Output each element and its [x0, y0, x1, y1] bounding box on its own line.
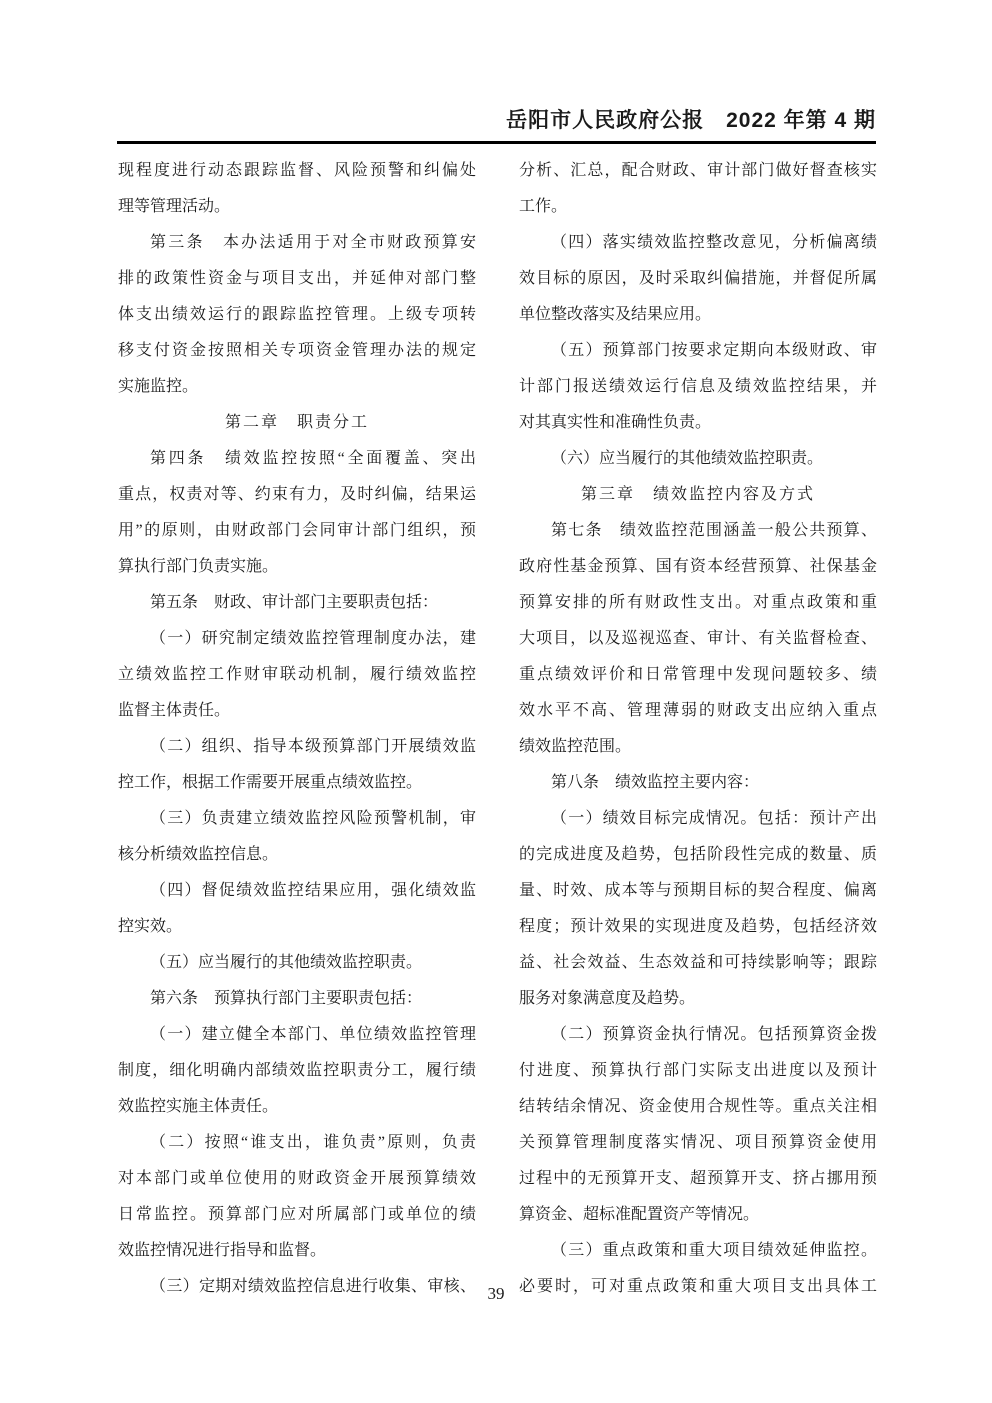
text-line: 量、时效、成本等与预期目标的契合程度、偏离 — [519, 873, 877, 909]
text-line: 第四条 绩效监控按照“全面覆盖、突出 — [118, 441, 476, 477]
text-line: 立绩效监控工作财审联动机制，履行绩效监控 — [118, 657, 476, 693]
text-line: 服务对象满意度及趋势。 — [519, 981, 877, 1017]
text-line: （四）督促绩效监控结果应用，强化绩效监 — [118, 873, 476, 909]
text-line: 效监控情况进行指导和监督。 — [118, 1233, 476, 1269]
text-line: 绩效监控范围。 — [519, 729, 877, 765]
text-line: 重点，权责对等、约束有力，及时纠偏，结果运 — [118, 477, 476, 513]
text-line: 分析、汇总，配合财政、审计部门做好督查核实 — [519, 153, 877, 189]
text-line: 理等管理活动。 — [118, 189, 476, 225]
text-line: 对本部门或单位使用的财政资金开展预算绩效 — [118, 1161, 476, 1197]
text-line: 用”的原则，由财政部门会同审计部门组织，预 — [118, 513, 476, 549]
text-line: （二）预算资金执行情况。包括预算资金拨 — [519, 1017, 877, 1053]
text-line: 移支付资金按照相关专项资金管理办法的规定 — [118, 333, 476, 369]
text-line: 益、社会效益、生态效益和可持续影响等；跟踪 — [519, 945, 877, 981]
text-line: （一）建立健全本部门、单位绩效监控管理 — [118, 1017, 476, 1053]
text-line: 预算安排的所有财政性支出。对重点政策和重 — [519, 585, 877, 621]
text-line: 第五条 财政、审计部门主要职责包括： — [118, 585, 476, 621]
text-line: 第八条 绩效监控主要内容： — [519, 765, 877, 801]
text-line: （二）按照“谁支出，谁负责”原则，负责 — [118, 1125, 476, 1161]
gazette-header-title: 岳阳市人民政府公报 2022 年第 4 期 — [117, 106, 876, 136]
text-line: （六）应当履行的其他绩效监控职责。 — [519, 441, 877, 477]
text-line: 算资金、超标准配置资产等情况。 — [519, 1197, 877, 1233]
text-line: 算执行部门负责实施。 — [118, 549, 476, 585]
text-line: 制度，细化明确内部绩效监控职责分工，履行绩 — [118, 1053, 476, 1089]
left-column: 现程度进行动态跟踪监督、风险预警和纠偏处理等管理活动。第三条 本办法适用于对全市… — [118, 153, 476, 1305]
text-line: 重点绩效评价和日常管理中发现问题较多、绩 — [519, 657, 877, 693]
text-line: （五）应当履行的其他绩效监控职责。 — [118, 945, 476, 981]
text-line: （一）研究制定绩效监控管理制度办法，建 — [118, 621, 476, 657]
text-line: （四）落实绩效监控整改意见，分析偏离绩 — [519, 225, 877, 261]
page-number: 39 — [0, 1283, 992, 1305]
text-line: 单位整改落实及结果应用。 — [519, 297, 877, 333]
text-line: 政府性基金预算、国有资本经营预算、社保基金 — [519, 549, 877, 585]
text-line: 工作。 — [519, 189, 877, 225]
text-line: （三）负责建立绩效监控风险预警机制，审 — [118, 801, 476, 837]
text-line: 监督主体责任。 — [118, 693, 476, 729]
text-line: （二）组织、指导本级预算部门开展绩效监 — [118, 729, 476, 765]
text-line: （一）绩效目标完成情况。包括：预计产出 — [519, 801, 877, 837]
text-line: 大项目，以及巡视巡查、审计、有关监督检查、 — [519, 621, 877, 657]
text-line: 效目标的原因，及时采取纠偏措施，并督促所属 — [519, 261, 877, 297]
header-rule — [117, 141, 876, 144]
text-line: 第六条 预算执行部门主要职责包括： — [118, 981, 476, 1017]
gazette-page: 岳阳市人民政府公报 2022 年第 4 期 现程度进行动态跟踪监督、风险预警和纠… — [0, 0, 992, 1403]
text-line: 过程中的无预算开支、超预算开支、挤占挪用预 — [519, 1161, 877, 1197]
right-column: 分析、汇总，配合财政、审计部门做好督查核实工作。（四）落实绩效监控整改意见，分析… — [519, 153, 877, 1305]
text-line: 第七条 绩效监控范围涵盖一般公共预算、 — [519, 513, 877, 549]
text-line: 效监控实施主体责任。 — [118, 1089, 476, 1125]
text-line: 控实效。 — [118, 909, 476, 945]
text-line: 的完成进度及趋势，包括阶段性完成的数量、质 — [519, 837, 877, 873]
text-line: 付进度、预算执行部门实际支出进度以及预计 — [519, 1053, 877, 1089]
text-line: 结转结余情况、资金使用合规性等。重点关注相 — [519, 1089, 877, 1125]
text-line: 体支出绩效运行的跟踪监控管理。上级专项转 — [118, 297, 476, 333]
document-body: 现程度进行动态跟踪监督、风险预警和纠偏处理等管理活动。第三条 本办法适用于对全市… — [118, 153, 877, 1305]
text-line: （五）预算部门按要求定期向本级财政、审 — [519, 333, 877, 369]
chapter-heading: 第三章 绩效监控内容及方式 — [519, 477, 877, 513]
text-line: 关预算管理制度落实情况、项目预算资金使用 — [519, 1125, 877, 1161]
text-line: 核分析绩效监控信息。 — [118, 837, 476, 873]
text-line: 程度；预计效果的实现进度及趋势，包括经济效 — [519, 909, 877, 945]
chapter-heading: 第二章 职责分工 — [118, 405, 476, 441]
text-line: （三）重点政策和重大项目绩效延伸监控。 — [519, 1233, 877, 1269]
text-line: 控工作，根据工作需要开展重点绩效监控。 — [118, 765, 476, 801]
text-line: 效水平不高、管理薄弱的财政支出应纳入重点 — [519, 693, 877, 729]
text-line: 日常监控。预算部门应对所属部门或单位的绩 — [118, 1197, 476, 1233]
text-line: 排的政策性资金与项目支出，并延伸对部门整 — [118, 261, 476, 297]
text-line: 现程度进行动态跟踪监督、风险预警和纠偏处 — [118, 153, 476, 189]
text-line: 对其真实性和准确性负责。 — [519, 405, 877, 441]
text-line: 计部门报送绩效运行信息及绩效监控结果，并 — [519, 369, 877, 405]
text-line: 第三条 本办法适用于对全市财政预算安 — [118, 225, 476, 261]
text-line: 实施监控。 — [118, 369, 476, 405]
